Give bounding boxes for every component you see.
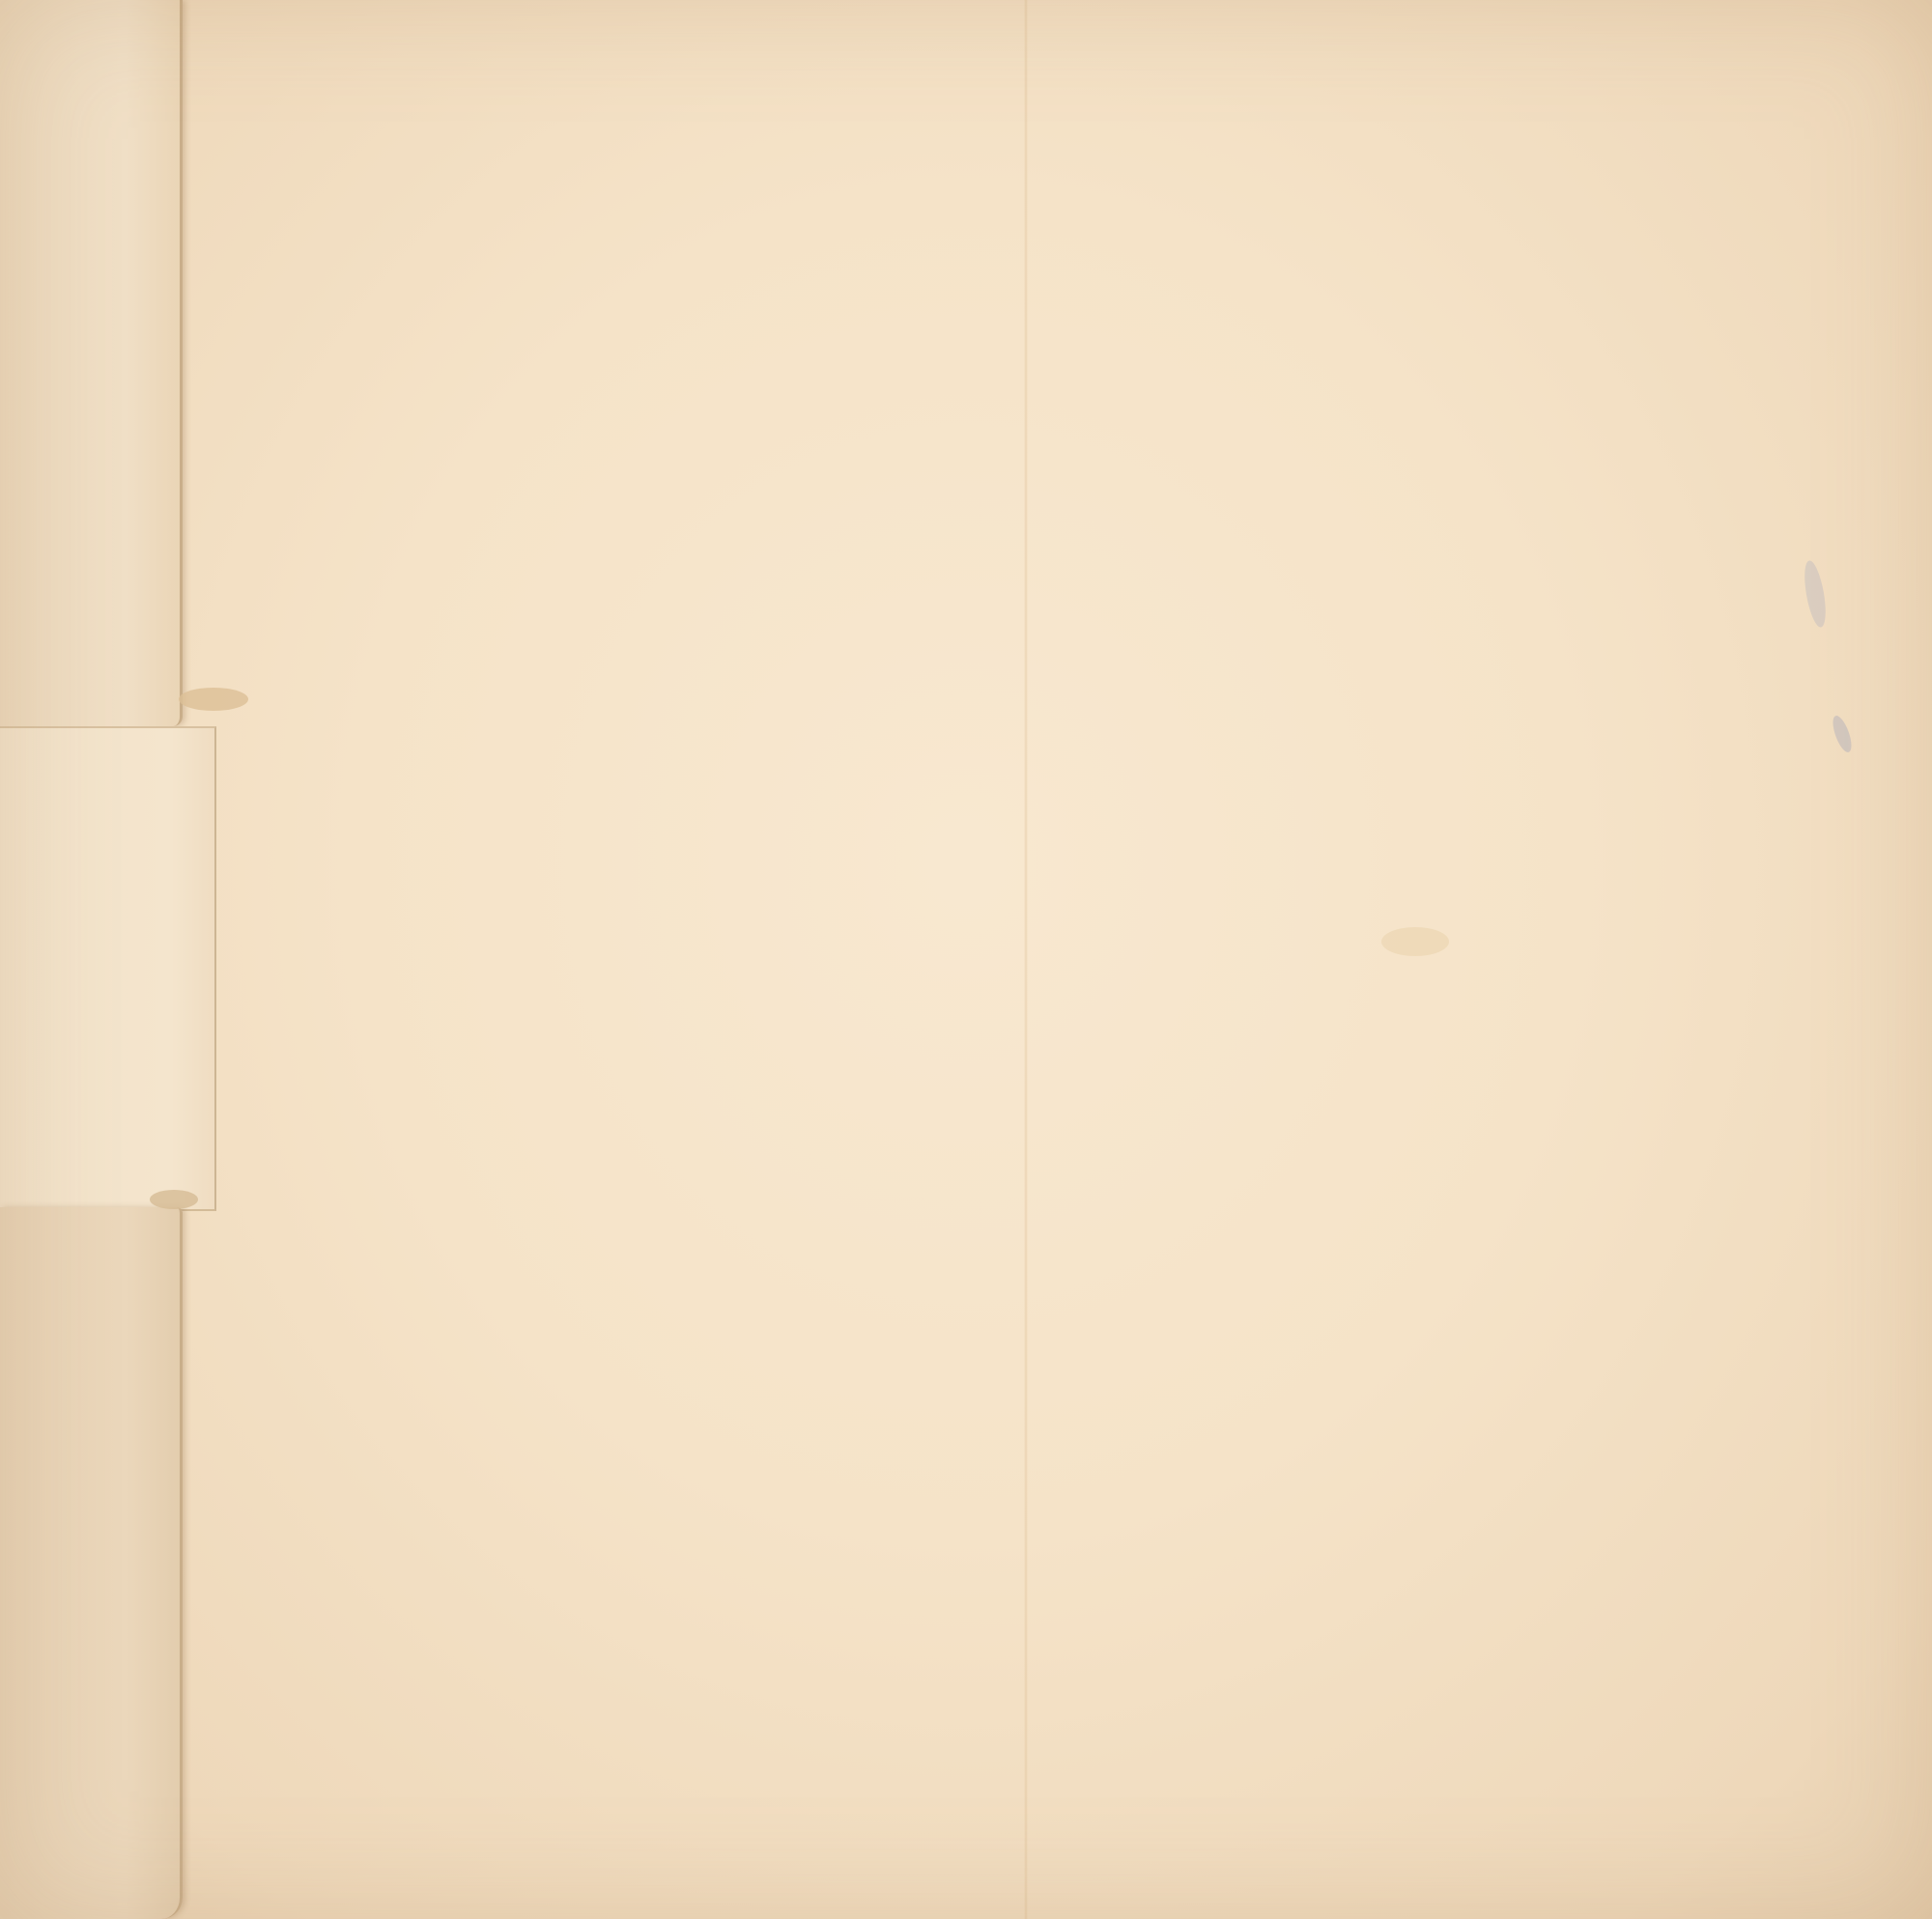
blank-paper-sheet <box>0 0 1932 1919</box>
center-fold-line <box>1024 0 1028 1919</box>
left-folded-flap-top <box>0 0 183 726</box>
ink-smudge <box>1801 559 1830 629</box>
foxing-stain <box>1381 927 1449 956</box>
left-folded-flap-middle <box>0 726 216 1211</box>
paper-tear-bottom <box>150 1190 198 1209</box>
ink-smudge <box>1830 714 1856 754</box>
paper-tear-top <box>179 688 248 711</box>
left-folded-flap-bottom <box>0 1207 183 1919</box>
